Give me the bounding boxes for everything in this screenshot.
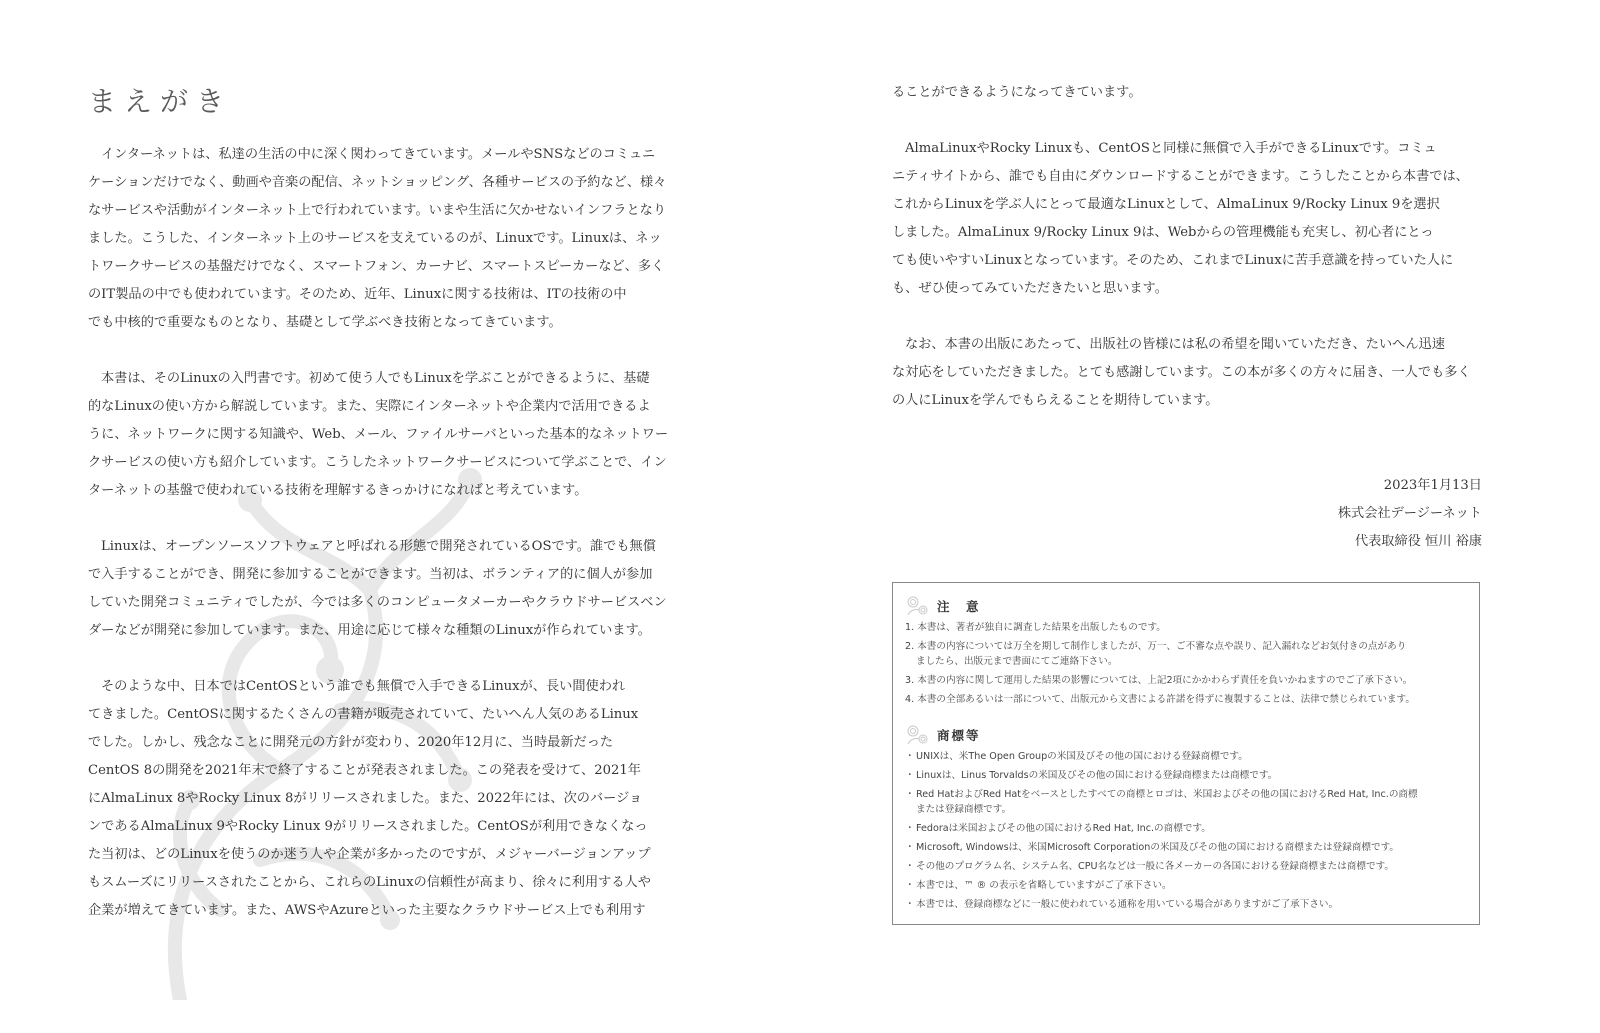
- notice-text: 1. 本書は、著者が独自に調査した結果を出版したものです。: [905, 622, 1166, 633]
- text-line: うに、ネットワークに関する知識や、Web、メール、ファイルサーバといった基本的な…: [88, 421, 680, 449]
- text-line: ダーなどが開発に参加しています。また、用途に応じて様々な種類のLinuxが作られ…: [88, 617, 680, 645]
- notice-text: 4. 本書の全部あるいは一部について、出版元から文書による許諾を得ずに複製するこ…: [905, 694, 1415, 705]
- ornament-icon: [905, 724, 931, 746]
- text-line: ても使いやすいLinuxとなっています。そのため、これまでLinuxに苦手意識を…: [892, 247, 1484, 275]
- text-line: クサービスの使い方も紹介しています。こうしたネットワークサービスについて学ぶこと…: [88, 449, 680, 477]
- notice-text: Red HatおよびRed Hatをベースとしたすべての商標とロゴは、米国および…: [916, 789, 1418, 800]
- notice-text: 2. 本書の内容については万全を期して制作しましたが、万一、ご不審な点や誤り、記…: [905, 641, 1406, 652]
- text-line: インターネットは、私達の生活の中に深く関わってきています。メールやSNSなどのコ…: [88, 141, 680, 169]
- notice-item: ・Red HatおよびRed Hatをベースとしたすべての商標とロゴは、米国およ…: [905, 787, 1475, 817]
- paragraph: AlmaLinuxやRocky Linuxも、CentOSと同様に無償で入手がで…: [892, 135, 1484, 303]
- notice-text: Fedoraは米国およびその他の国におけるRed Hat, Inc.の商標です。: [916, 823, 1211, 834]
- notice-text: Microsoft, Windowsは、米国Microsoft Corporat…: [916, 842, 1399, 853]
- bullet-icon: ・: [905, 821, 916, 836]
- paragraph: Linuxは、オープンソースソフトウェアと呼ばれる形態で開発されているOSです。…: [88, 533, 680, 645]
- right-page: ることができるようになってきています。AlmaLinuxやRocky Linux…: [800, 0, 1600, 1033]
- text-line: ンであるAlmaLinux 9やRocky Linux 9がリリースされました。…: [88, 813, 680, 841]
- paragraph: なお、本書の出版にあたって、出版社の皆様には私の希望を聞いていただき、たいへん迅…: [892, 331, 1484, 415]
- notice-item: ・本書では、登録商標などに一般に使われている通称を用いている場合がありますがご了…: [905, 897, 1475, 912]
- text-line: 本書は、そのLinuxの入門書です。初めて使う人でもLinuxを学ぶことができる…: [88, 365, 680, 393]
- text-line: でした。しかし、残念なことに開発元の方針が変わり、2020年12月に、当時最新だ…: [88, 729, 680, 757]
- caution-title: 注 意: [937, 597, 981, 615]
- left-page: まえがき インターネットは、私達の生活の中に深く関わってきています。メールやSN…: [0, 0, 780, 1033]
- paragraph: インターネットは、私達の生活の中に深く関わってきています。メールやSNSなどのコ…: [88, 141, 680, 337]
- signature-author: 代表取締役 恒川 裕康: [1338, 528, 1482, 556]
- text-line: CentOS 8の開発を2021年末で終了することが発表されました。この発表を受…: [88, 757, 680, 785]
- notice-item: 3. 本書の内容に関して運用した結果の影響については、上記2項にかかわらず責任を…: [905, 673, 1475, 688]
- text-line: ました。こうした、インターネット上のサービスを支えているのが、Linuxです。L…: [88, 225, 680, 253]
- bullet-icon: ・: [905, 859, 916, 874]
- preface-body-left: インターネットは、私達の生活の中に深く関わってきています。メールやSNSなどのコ…: [88, 141, 680, 953]
- text-line: た当初は、どのLinuxを使うのか迷う人や企業が多かったのですが、メジャーバージ…: [88, 841, 680, 869]
- paragraph: 本書は、そのLinuxの入門書です。初めて使う人でもLinuxを学ぶことができる…: [88, 365, 680, 505]
- text-line: も、ぜひ使ってみていただきたいと思います。: [892, 275, 1484, 303]
- bullet-icon: ・: [905, 897, 916, 912]
- notice-text: 3. 本書の内容に関して運用した結果の影響については、上記2項にかかわらず責任を…: [905, 675, 1412, 686]
- text-line: ることができるようになってきています。: [892, 79, 1484, 107]
- text-line: でも中核的で重要なものとなり、基礎として学ぶべき技術となってきています。: [88, 309, 680, 337]
- text-line: 的なLinuxの使い方から解説しています。また、実際にインターネットや企業内で活…: [88, 393, 680, 421]
- caution-heading: 注 意: [905, 595, 981, 617]
- notice-text: ましたら、出版元まで書面にてご連絡下さい。: [905, 654, 1475, 669]
- bullet-icon: ・: [905, 878, 916, 893]
- trademark-list: ・UNIXは、米The Open Groupの米国及びその他の国における登録商標…: [905, 749, 1475, 916]
- signature-company: 株式会社デージーネット: [1338, 500, 1482, 528]
- notice-text: Linuxは、Linus Torvaldsの米国及びその他の国における登録商標ま…: [916, 770, 1277, 781]
- notice-item: ・その他のプログラム名、システム名、CPU名などは一般に各メーカーの各国における…: [905, 859, 1475, 874]
- text-line: なお、本書の出版にあたって、出版社の皆様には私の希望を聞いていただき、たいへん迅…: [892, 331, 1484, 359]
- notice-text: 本書では、™ ® の表示を省略していますがご了承下さい。: [916, 880, 1172, 891]
- notice-item: ・Microsoft, Windowsは、米国Microsoft Corpora…: [905, 840, 1475, 855]
- trademark-title: 商標等: [937, 726, 981, 744]
- signature-date: 2023年1月13日: [1338, 472, 1482, 500]
- paragraph: そのような中、日本ではCentOSという誰でも無償で入手できるLinuxが、長い…: [88, 673, 680, 925]
- text-line: していた開発コミュニティでしたが、今では多くのコンピュータメーカーやクラウドサー…: [88, 589, 680, 617]
- page-title: まえがき: [88, 80, 232, 120]
- trademark-heading: 商標等: [905, 724, 981, 746]
- text-line: ターネットの基盤で使われている技術を理解するきっかけになればと考えています。: [88, 477, 680, 505]
- text-line: トワークサービスの基盤だけでなく、スマートフォン、カーナビ、スマートスピーカーな…: [88, 253, 680, 281]
- notice-text: その他のプログラム名、システム名、CPU名などは一般に各メーカーの各国における登…: [916, 861, 1394, 872]
- notice-box: 注 意 1. 本書は、著者が独自に調査した結果を出版したものです。2. 本書の内…: [892, 582, 1480, 925]
- notice-item: ・Fedoraは米国およびその他の国におけるRed Hat, Inc.の商標です…: [905, 821, 1475, 836]
- text-line: もスムーズにリリースされたことから、これらのLinuxの信頼性が高まり、徐々に利…: [88, 869, 680, 897]
- text-line: Linuxは、オープンソースソフトウェアと呼ばれる形態で開発されているOSです。…: [88, 533, 680, 561]
- text-line: AlmaLinuxやRocky Linuxも、CentOSと同様に無償で入手がで…: [892, 135, 1484, 163]
- notice-item: ・本書では、™ ® の表示を省略していますがご了承下さい。: [905, 878, 1475, 893]
- text-line: そのような中、日本ではCentOSという誰でも無償で入手できるLinuxが、長い…: [88, 673, 680, 701]
- text-line: のIT製品の中でも使われています。そのため、近年、Linuxに関する技術は、IT…: [88, 281, 680, 309]
- text-line: てきました。CentOSに関するたくさんの書籍が販売されていて、たいへん人気のあ…: [88, 701, 680, 729]
- caution-list: 1. 本書は、著者が独自に調査した結果を出版したものです。2. 本書の内容につい…: [905, 620, 1475, 711]
- text-line: これからLinuxを学ぶ人にとって最適なLinuxとして、AlmaLinux 9…: [892, 191, 1484, 219]
- text-line: で入手することができ、開発に参加することができます。当初は、ボランティア的に個人…: [88, 561, 680, 589]
- notice-item: 1. 本書は、著者が独自に調査した結果を出版したものです。: [905, 620, 1475, 635]
- text-line: 企業が増えてきています。また、AWSやAzureといった主要なクラウドサービス上…: [88, 897, 680, 925]
- text-line: ケーションだけでなく、動画や音楽の配信、ネットショッピング、各種サービスの予約な…: [88, 169, 680, 197]
- bullet-icon: ・: [905, 840, 916, 855]
- text-line: ニティサイトから、誰でも自由にダウンロードすることができます。こうしたことから本…: [892, 163, 1484, 191]
- preface-body-right: ることができるようになってきています。AlmaLinuxやRocky Linux…: [892, 79, 1484, 443]
- notice-item: 2. 本書の内容については万全を期して制作しましたが、万一、ご不審な点や誤り、記…: [905, 639, 1475, 669]
- notice-item: 4. 本書の全部あるいは一部について、出版元から文書による許諾を得ずに複製するこ…: [905, 692, 1475, 707]
- paragraph: ることができるようになってきています。: [892, 79, 1484, 107]
- notice-item: ・UNIXは、米The Open Groupの米国及びその他の国における登録商標…: [905, 749, 1475, 764]
- notice-text: または登録商標です。: [905, 802, 1475, 817]
- text-line: にAlmaLinux 8やRocky Linux 8がリリースされました。また、…: [88, 785, 680, 813]
- text-line: しました。AlmaLinux 9/Rocky Linux 9は、Webからの管理…: [892, 219, 1484, 247]
- bullet-icon: ・: [905, 749, 916, 764]
- bullet-icon: ・: [905, 768, 916, 783]
- text-line: の人にLinuxを学んでもらえることを期待しています。: [892, 387, 1484, 415]
- text-line: なサービスや活動がインターネット上で行われています。いまや生活に欠かせないインフ…: [88, 197, 680, 225]
- text-line: な対応をしていただきました。とても感謝しています。この本が多くの方々に届き、一人…: [892, 359, 1484, 387]
- notice-text: 本書では、登録商標などに一般に使われている通称を用いている場合がありますがご了承…: [916, 899, 1338, 910]
- ornament-icon: [905, 595, 931, 617]
- notice-text: UNIXは、米The Open Groupの米国及びその他の国における登録商標で…: [916, 751, 1248, 762]
- bullet-icon: ・: [905, 787, 916, 802]
- signature-block: 2023年1月13日 株式会社デージーネット 代表取締役 恒川 裕康: [1338, 472, 1482, 556]
- notice-item: ・Linuxは、Linus Torvaldsの米国及びその他の国における登録商標…: [905, 768, 1475, 783]
